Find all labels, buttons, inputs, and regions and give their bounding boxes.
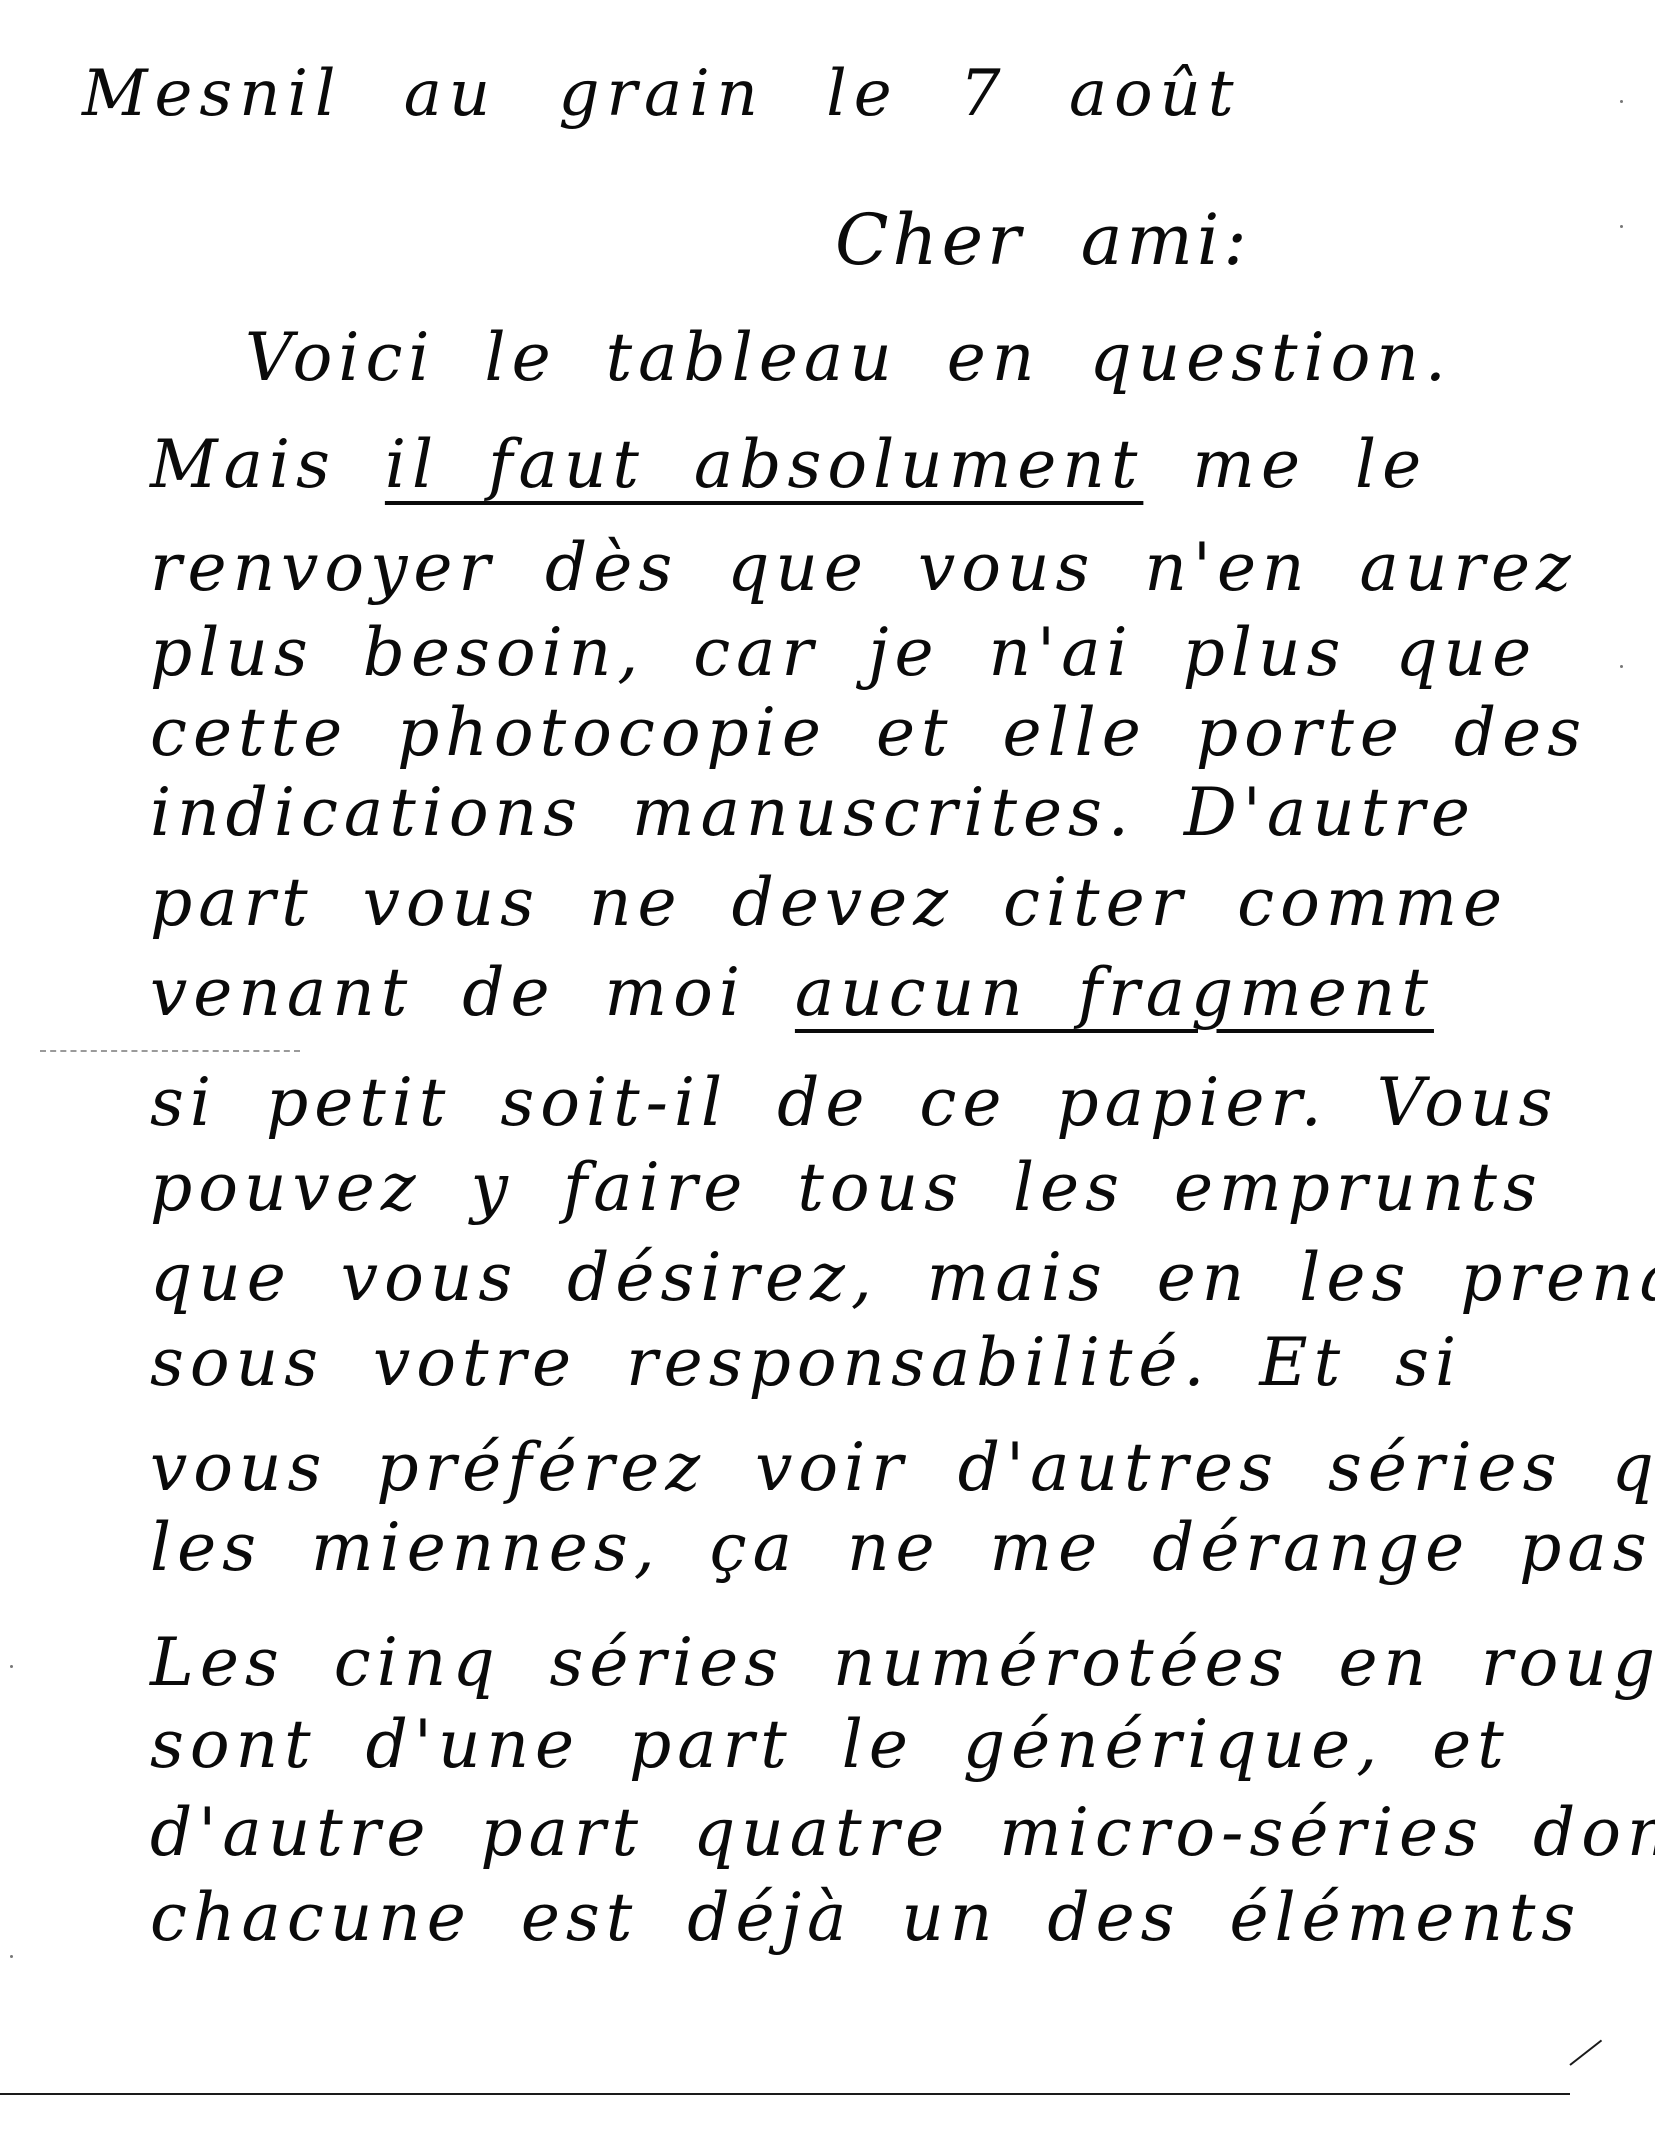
line-text-after: me le xyxy=(1143,426,1427,503)
line-text: chacune est déjà un des éléments xyxy=(150,1879,1581,1956)
body-line-13: vous préférez voir d'autres séries que xyxy=(150,1435,1655,1501)
line-text: plus besoin, car je n'ai plus que xyxy=(150,614,1537,691)
scan-speck xyxy=(1620,665,1623,668)
fold-line xyxy=(40,1050,300,1052)
line-text: les miennes, ça ne me dérange pas. xyxy=(150,1509,1655,1586)
line-text: si petit soit-il de ce papier. Vous xyxy=(150,1064,1558,1141)
underlined-emphasis: aucun fragment xyxy=(795,954,1434,1031)
line-text: sont d'une part le générique, et xyxy=(150,1706,1510,1783)
body-line-14: les miennes, ça ne me dérange pas. xyxy=(150,1515,1655,1581)
body-line-17: d'autre part quatre micro-séries dont xyxy=(150,1800,1655,1866)
body-line-4: plus besoin, car je n'ai plus que xyxy=(150,620,1537,686)
body-line-5: cette photocopie et elle porte des xyxy=(150,700,1587,766)
line-text: indications manuscrites. D'autre xyxy=(150,774,1476,851)
line-text: pouvez y faire tous les emprunts xyxy=(150,1149,1543,1226)
line-text: venant de moi xyxy=(150,954,795,1031)
body-line-2: Mais il faut absolument me le xyxy=(150,432,1427,498)
body-line-16: sont d'une part le générique, et xyxy=(150,1712,1510,1778)
scan-speck xyxy=(1620,225,1623,228)
body-line-8: venant de moi aucun fragment xyxy=(150,960,1434,1026)
body-line-3: renvoyer dès que vous n'en aurez xyxy=(150,535,1577,601)
body-line-15: Les cinq séries numérotées en rouge xyxy=(150,1630,1655,1696)
line-text: Les cinq séries numérotées en rouge xyxy=(150,1624,1655,1701)
line-text: cette photocopie et elle porte des xyxy=(150,694,1587,771)
line-text: d'autre part quatre micro-séries dont xyxy=(150,1794,1655,1871)
place-date-line: Mesnil au grain le 7 août xyxy=(82,62,1241,126)
line-text: vous préférez voir d'autres séries que xyxy=(150,1429,1655,1506)
underlined-emphasis: il faut absolument xyxy=(385,426,1143,503)
body-line-9: si petit soit-il de ce papier. Vous xyxy=(150,1070,1558,1136)
scan-speck xyxy=(10,1665,13,1668)
line-text: sous votre responsabilité. Et si xyxy=(150,1324,1462,1401)
page-corner-mark xyxy=(1569,2040,1602,2066)
body-line-12: sous votre responsabilité. Et si xyxy=(150,1330,1462,1396)
body-line-10: pouvez y faire tous les emprunts xyxy=(150,1155,1543,1221)
line-text: part vous ne devez citer comme xyxy=(150,864,1508,941)
line-text: que vous désirez, mais en les prenant xyxy=(150,1239,1655,1316)
page-bottom-edge xyxy=(0,2093,1570,2095)
body-line-11: que vous désirez, mais en les prenant xyxy=(150,1245,1655,1311)
line-text: Voici le tableau en question. xyxy=(245,319,1452,396)
body-line-7: part vous ne devez citer comme xyxy=(150,870,1508,936)
salutation: Cher ami: xyxy=(835,205,1251,275)
line-text: Mais xyxy=(150,426,385,503)
body-line-6: indications manuscrites. D'autre xyxy=(150,780,1476,846)
scan-speck xyxy=(10,1955,13,1958)
scan-speck xyxy=(1620,100,1623,103)
body-line-1: Voici le tableau en question. xyxy=(245,325,1452,391)
letter-page: Mesnil au grain le 7 août Cher ami: Voic… xyxy=(0,0,1655,2144)
body-line-18: chacune est déjà un des éléments xyxy=(150,1885,1581,1951)
line-text: renvoyer dès que vous n'en aurez xyxy=(150,529,1577,606)
